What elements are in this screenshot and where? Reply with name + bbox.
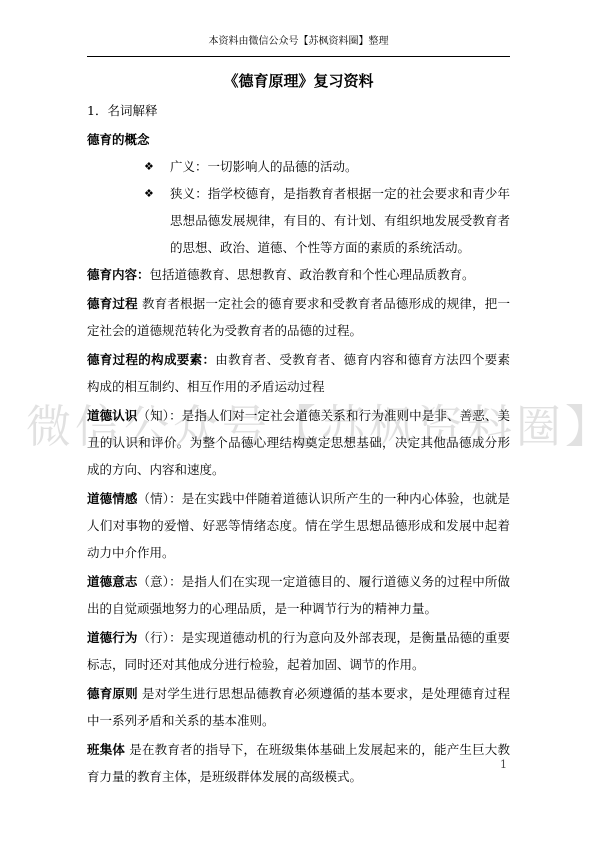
page-header-note: 本资料由微信公众号【苏枫资料圈】整理 bbox=[87, 34, 510, 57]
page-number: 1 bbox=[500, 758, 507, 771]
bullet-text: 广义：一切影响人的品德的活动。 bbox=[170, 159, 358, 174]
definition-paragraph: 道德行为（行）：是实现道德动机的行为意向及外部表现，是衡量品德的重要标志，同时还… bbox=[87, 624, 510, 678]
term-label: 德育过程的构成要素： bbox=[87, 352, 215, 367]
definition-paragraph: 德育原则 是对学生进行思想品德教育必须遵循的基本要求，是处理德育过程中一系列矛盾… bbox=[87, 680, 510, 734]
bullet-item: ❖ 广义：一切影响人的品德的活动。 bbox=[87, 153, 510, 180]
definition-paragraph: 道德意志（意）：是指人们在实现一定道德目的、履行道德义务的过程中所做出的自觉顽强… bbox=[87, 568, 510, 622]
paragraph-text: 是对学生进行思想品德教育必须遵循的基本要求，是处理德育过程中一系列矛盾和关系的基… bbox=[87, 686, 510, 728]
definition-paragraph: 道德情感（情）：是在实践中伴随着道德认识所产生的一种内心体验，也就是人们对事物的… bbox=[87, 485, 510, 566]
definition-paragraph: 德育过程 教育者根据一定社会的德育要求和受教育者品德形成的规律，把一定社会的道德… bbox=[87, 290, 510, 344]
paragraph-text: 是在教育者的指导下，在班级集体基础上发展起来的，能产生巨大教育力量的教育主体，是… bbox=[87, 742, 510, 784]
paragraph-text: （情）：是在实践中伴随着道德认识所产生的一种内心体验，也就是人们对事物的爱憎、好… bbox=[87, 491, 510, 560]
term-label: 道德行为 bbox=[87, 630, 138, 645]
diamond-bullet-icon: ❖ bbox=[144, 153, 154, 180]
definition-paragraph: 班集体 是在教育者的指导下，在班级集体基础上发展起来的，能产生巨大教育力量的教育… bbox=[87, 736, 510, 790]
term-label: 道德情感 bbox=[87, 491, 138, 506]
doc-title: 《德育原理》复习资料 bbox=[87, 68, 510, 95]
term-label: 道德意志 bbox=[87, 574, 138, 589]
page-content: 本资料由微信公众号【苏枫资料圈】整理 《德育原理》复习资料 1．名词解释 德育的… bbox=[0, 0, 595, 790]
term-label: 班集体 bbox=[87, 742, 125, 757]
definition-paragraph: 德育内容：包括道德教育、思想教育、政治教育和个性心理品质教育。 bbox=[87, 261, 510, 288]
definition-paragraph: 道德认识（知）：是指人们对一定社会道德关系和行为准则中是非、善恶、美丑的认识和评… bbox=[87, 402, 510, 483]
document-page: 微信公众号【苏枫资料圈】 本资料由微信公众号【苏枫资料圈】整理 《德育原理》复习… bbox=[0, 0, 595, 841]
paragraph-text: （行）：是实现道德动机的行为意向及外部表现，是衡量品德的重要标志，同时还对其他成… bbox=[87, 630, 510, 672]
paragraph-text: （意）：是指人们在实现一定道德目的、履行道德义务的过程中所做出的自觉顽强地努力的… bbox=[87, 574, 510, 616]
paragraph-text: （知）：是指人们对一定社会道德关系和行为准则中是非、善恶、美丑的认识和评价。为整… bbox=[87, 408, 510, 477]
diamond-bullet-icon: ❖ bbox=[144, 180, 154, 207]
bullet-text: 狭义：指学校德育，是指教育者根据一定的社会要求和青少年思想品德发展规律，有目的、… bbox=[170, 186, 510, 255]
concept-heading: 德育的概念 bbox=[87, 126, 510, 153]
term-label: 德育过程 bbox=[87, 296, 138, 311]
bullet-item: ❖ 狭义：指学校德育，是指教育者根据一定的社会要求和青少年思想品德发展规律，有目… bbox=[87, 180, 510, 261]
term-label: 道德认识 bbox=[87, 408, 138, 423]
section-heading: 1．名词解释 bbox=[87, 97, 510, 124]
paragraph-text: 包括道德教育、思想教育、政治教育和个性心理品质教育。 bbox=[150, 267, 475, 282]
term-label: 德育内容： bbox=[87, 267, 150, 282]
definition-paragraph: 德育过程的构成要素：由教育者、受教育者、德育内容和德育方法四个要素构成的相互制约… bbox=[87, 346, 510, 400]
paragraph-text: 教育者根据一定社会的德育要求和受教育者品德形成的规律，把一定社会的道德规范转化为… bbox=[87, 296, 510, 338]
term-label: 德育原则 bbox=[87, 686, 138, 701]
